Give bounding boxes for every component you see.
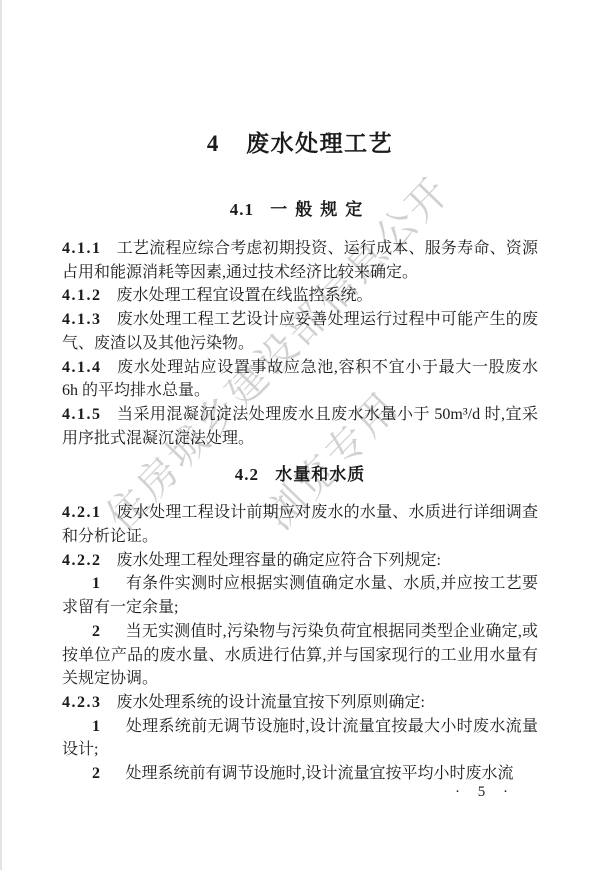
- clause-number: 4.2.3: [62, 694, 102, 711]
- subitem-number: 1: [92, 718, 102, 735]
- section-title: 水量和水质: [275, 465, 365, 484]
- section-number: 4.1: [230, 200, 254, 219]
- section-heading-4-2: 4.2 水量和水质: [62, 463, 538, 487]
- clause-4-2-2: 4.2.2废水处理工程处理容量的确定应符合下列规定:: [62, 549, 538, 573]
- section-title: 一般规定: [270, 200, 370, 219]
- clause-4-1-3: 4.1.3废水处理工程工艺设计应妥善处理运行过程中可能产生的废气、废渣以及其他污…: [62, 308, 538, 355]
- clause-text: 工艺流程应综合考虑初期投资、运行成本、服务寿命、资源占用和能源消耗等因素,通过技…: [62, 240, 538, 281]
- clause-4-1-2: 4.1.2废水处理工程宜设置在线监控系统。: [62, 284, 538, 308]
- page-content: 4 废水处理工艺 4.1 一般规定 4.1.1工艺流程应综合考虑初期投资、运行成…: [62, 0, 538, 786]
- subitem-4-2-2-1: 1有条件实测时应根据实测值确定水量、水质,并应按工艺要求留有一定余量;: [62, 572, 538, 619]
- clause-text: 废水处理系统的设计流量宜按下列原则确定:: [102, 694, 425, 711]
- subitem-number: 2: [92, 623, 102, 640]
- chapter-title: 废水处理工艺: [246, 131, 393, 156]
- section-heading-4-1: 4.1 一般规定: [62, 198, 538, 222]
- clause-number: 4.1.4: [62, 359, 102, 376]
- clause-4-2-3: 4.2.3废水处理系统的设计流量宜按下列原则确定:: [62, 691, 538, 715]
- clause-text: 废水处理工程处理容量的确定应符合下列规定:: [102, 552, 441, 569]
- subitem-number: 2: [92, 765, 102, 782]
- clause-4-1-1: 4.1.1工艺流程应综合考虑初期投资、运行成本、服务寿命、资源占用和能源消耗等因…: [62, 237, 538, 284]
- chapter-heading: 4 废水处理工艺: [62, 128, 538, 160]
- clause-text: 废水处理工程工艺设计应妥善处理运行过程中可能产生的废气、废渣以及其他污染物。: [62, 311, 538, 352]
- subitem-4-2-3-1: 1处理系统前无调节设施时,设计流量宜按最大小时废水流量设计;: [62, 715, 538, 762]
- subitem-text: 处理系统前无调节设施时,设计流量宜按最大小时废水流量设计;: [62, 718, 538, 759]
- section-number: 4.2: [235, 465, 259, 484]
- subitem-text: 当无实测值时,污染物与污染负荷宜根据同类型企业确定,或按单位产品的废水量、水质进…: [62, 623, 538, 687]
- document-page: 住房城乡建设部信息公开 浏览专用 4 废水处理工艺 4.1 一般规定 4.1.1…: [0, 0, 600, 870]
- subitem-text: 处理系统前有调节设施时,设计流量宜按平均小时废水流: [102, 765, 514, 782]
- subitem-text: 有条件实测时应根据实测值确定水量、水质,并应按工艺要求留有一定余量;: [62, 575, 538, 616]
- clause-4-1-5: 4.1.5当采用混凝沉淀法处理废水且废水水量小于 50m³/d 时,宜采用序批式…: [62, 403, 538, 450]
- clause-number: 4.1.1: [62, 240, 102, 257]
- subitem-4-2-2-2: 2当无实测值时,污染物与污染负荷宜根据同类型企业确定,或按单位产品的废水量、水质…: [62, 620, 538, 691]
- clause-number: 4.1.2: [62, 287, 102, 304]
- clause-text: 废水处理工程设计前期应对废水的水量、水质进行详细调查和分析论证。: [62, 504, 538, 545]
- clause-text: 废水处理站应设置事故应急池,容积不宜小于最大一股废水 6h 的平均排水总量。: [62, 359, 538, 400]
- chapter-number: 4: [207, 131, 219, 156]
- clause-text: 当采用混凝沉淀法处理废水且废水水量小于 50m³/d 时,宜采用序批式混凝沉淀法…: [62, 406, 538, 447]
- subitem-number: 1: [92, 575, 102, 592]
- clause-4-1-4: 4.1.4废水处理站应设置事故应急池,容积不宜小于最大一股废水 6h 的平均排水…: [62, 356, 538, 403]
- clause-number: 4.2.1: [62, 504, 102, 521]
- page-number: · 5 ·: [455, 784, 515, 801]
- clause-number: 4.2.2: [62, 552, 102, 569]
- clause-number: 4.1.3: [62, 311, 102, 328]
- subitem-4-2-3-2: 2处理系统前有调节设施时,设计流量宜按平均小时废水流: [62, 762, 538, 786]
- clause-4-2-1: 4.2.1废水处理工程设计前期应对废水的水量、水质进行详细调查和分析论证。: [62, 501, 538, 548]
- clause-text: 废水处理工程宜设置在线监控系统。: [102, 287, 373, 304]
- clause-number: 4.1.5: [62, 406, 102, 423]
